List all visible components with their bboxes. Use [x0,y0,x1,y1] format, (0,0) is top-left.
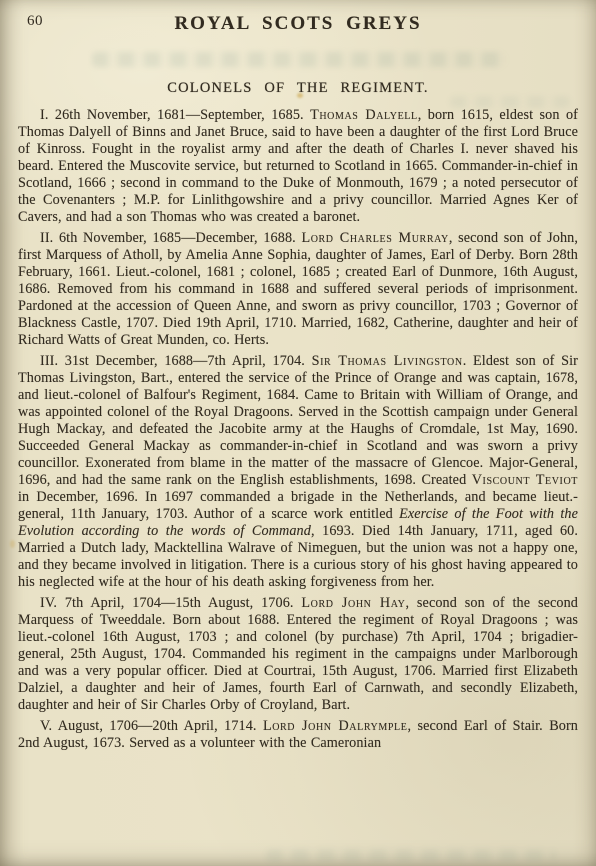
colonel-entry-5: V. August, 1706—20th April, 1714. Lord J… [18,718,578,752]
entry-1-body: , born 1615, eldest son of Thomas Dalyel… [18,107,578,225]
entry-2-body: , second son of John, first Marquess of … [18,230,578,348]
entry-3-viscount-title: Viscount Teviot [472,472,578,488]
entry-4-dates: IV. 7th April, 1704—15th August, 1706. [40,595,301,611]
foxing-spot [297,93,303,98]
colonel-entry-4: IV. 7th April, 1704—15th August, 1706. L… [18,595,578,714]
entry-2-dates: II. 6th November, 1685—December, 1688. [40,230,301,246]
colonel-entry-2: II. 6th November, 1685—December, 1688. L… [18,230,578,349]
entry-2-colonel-name: Lord Charles Murray [301,230,448,246]
entry-5-colonel-name: Lord John Dalrymple [263,718,408,734]
colonel-entry-1: I. 26th November, 1681—September, 1685. … [18,107,578,226]
book-page-scan: 60 ROYAL SCOTS GREYS COLONELS OF THE REG… [0,0,596,866]
colonel-entry-3: III. 31st December, 1688—7th April, 1704… [18,353,578,591]
page-body: I. 26th November, 1681—September, 1685. … [18,107,578,752]
page-number: 60 [27,13,43,30]
entry-4-colonel-name: Lord John Hay [301,595,405,611]
show-through-band [266,849,556,862]
running-title: ROYAL SCOTS GREYS [0,13,596,35]
entry-3-colonel-name: Sir Thomas Livingston [312,353,463,369]
entry-1-dates: I. 26th November, 1681—September, 1685. [40,107,310,123]
foxing-spot [10,540,15,548]
entry-4-body: , second son of the second Marquess of T… [18,595,578,713]
entry-3-body-part-1: . Eldest son of Sir Thomas Livingston, B… [18,353,578,488]
entry-5-dates: V. August, 1706—20th April, 1714. [40,718,263,734]
show-through-band [92,52,506,67]
page-header: 60 ROYAL SCOTS GREYS [0,0,596,41]
entry-1-colonel-name: Thomas Dalyell [310,107,418,123]
entry-3-dates: III. 31st December, 1688—7th April, 1704… [40,353,312,369]
